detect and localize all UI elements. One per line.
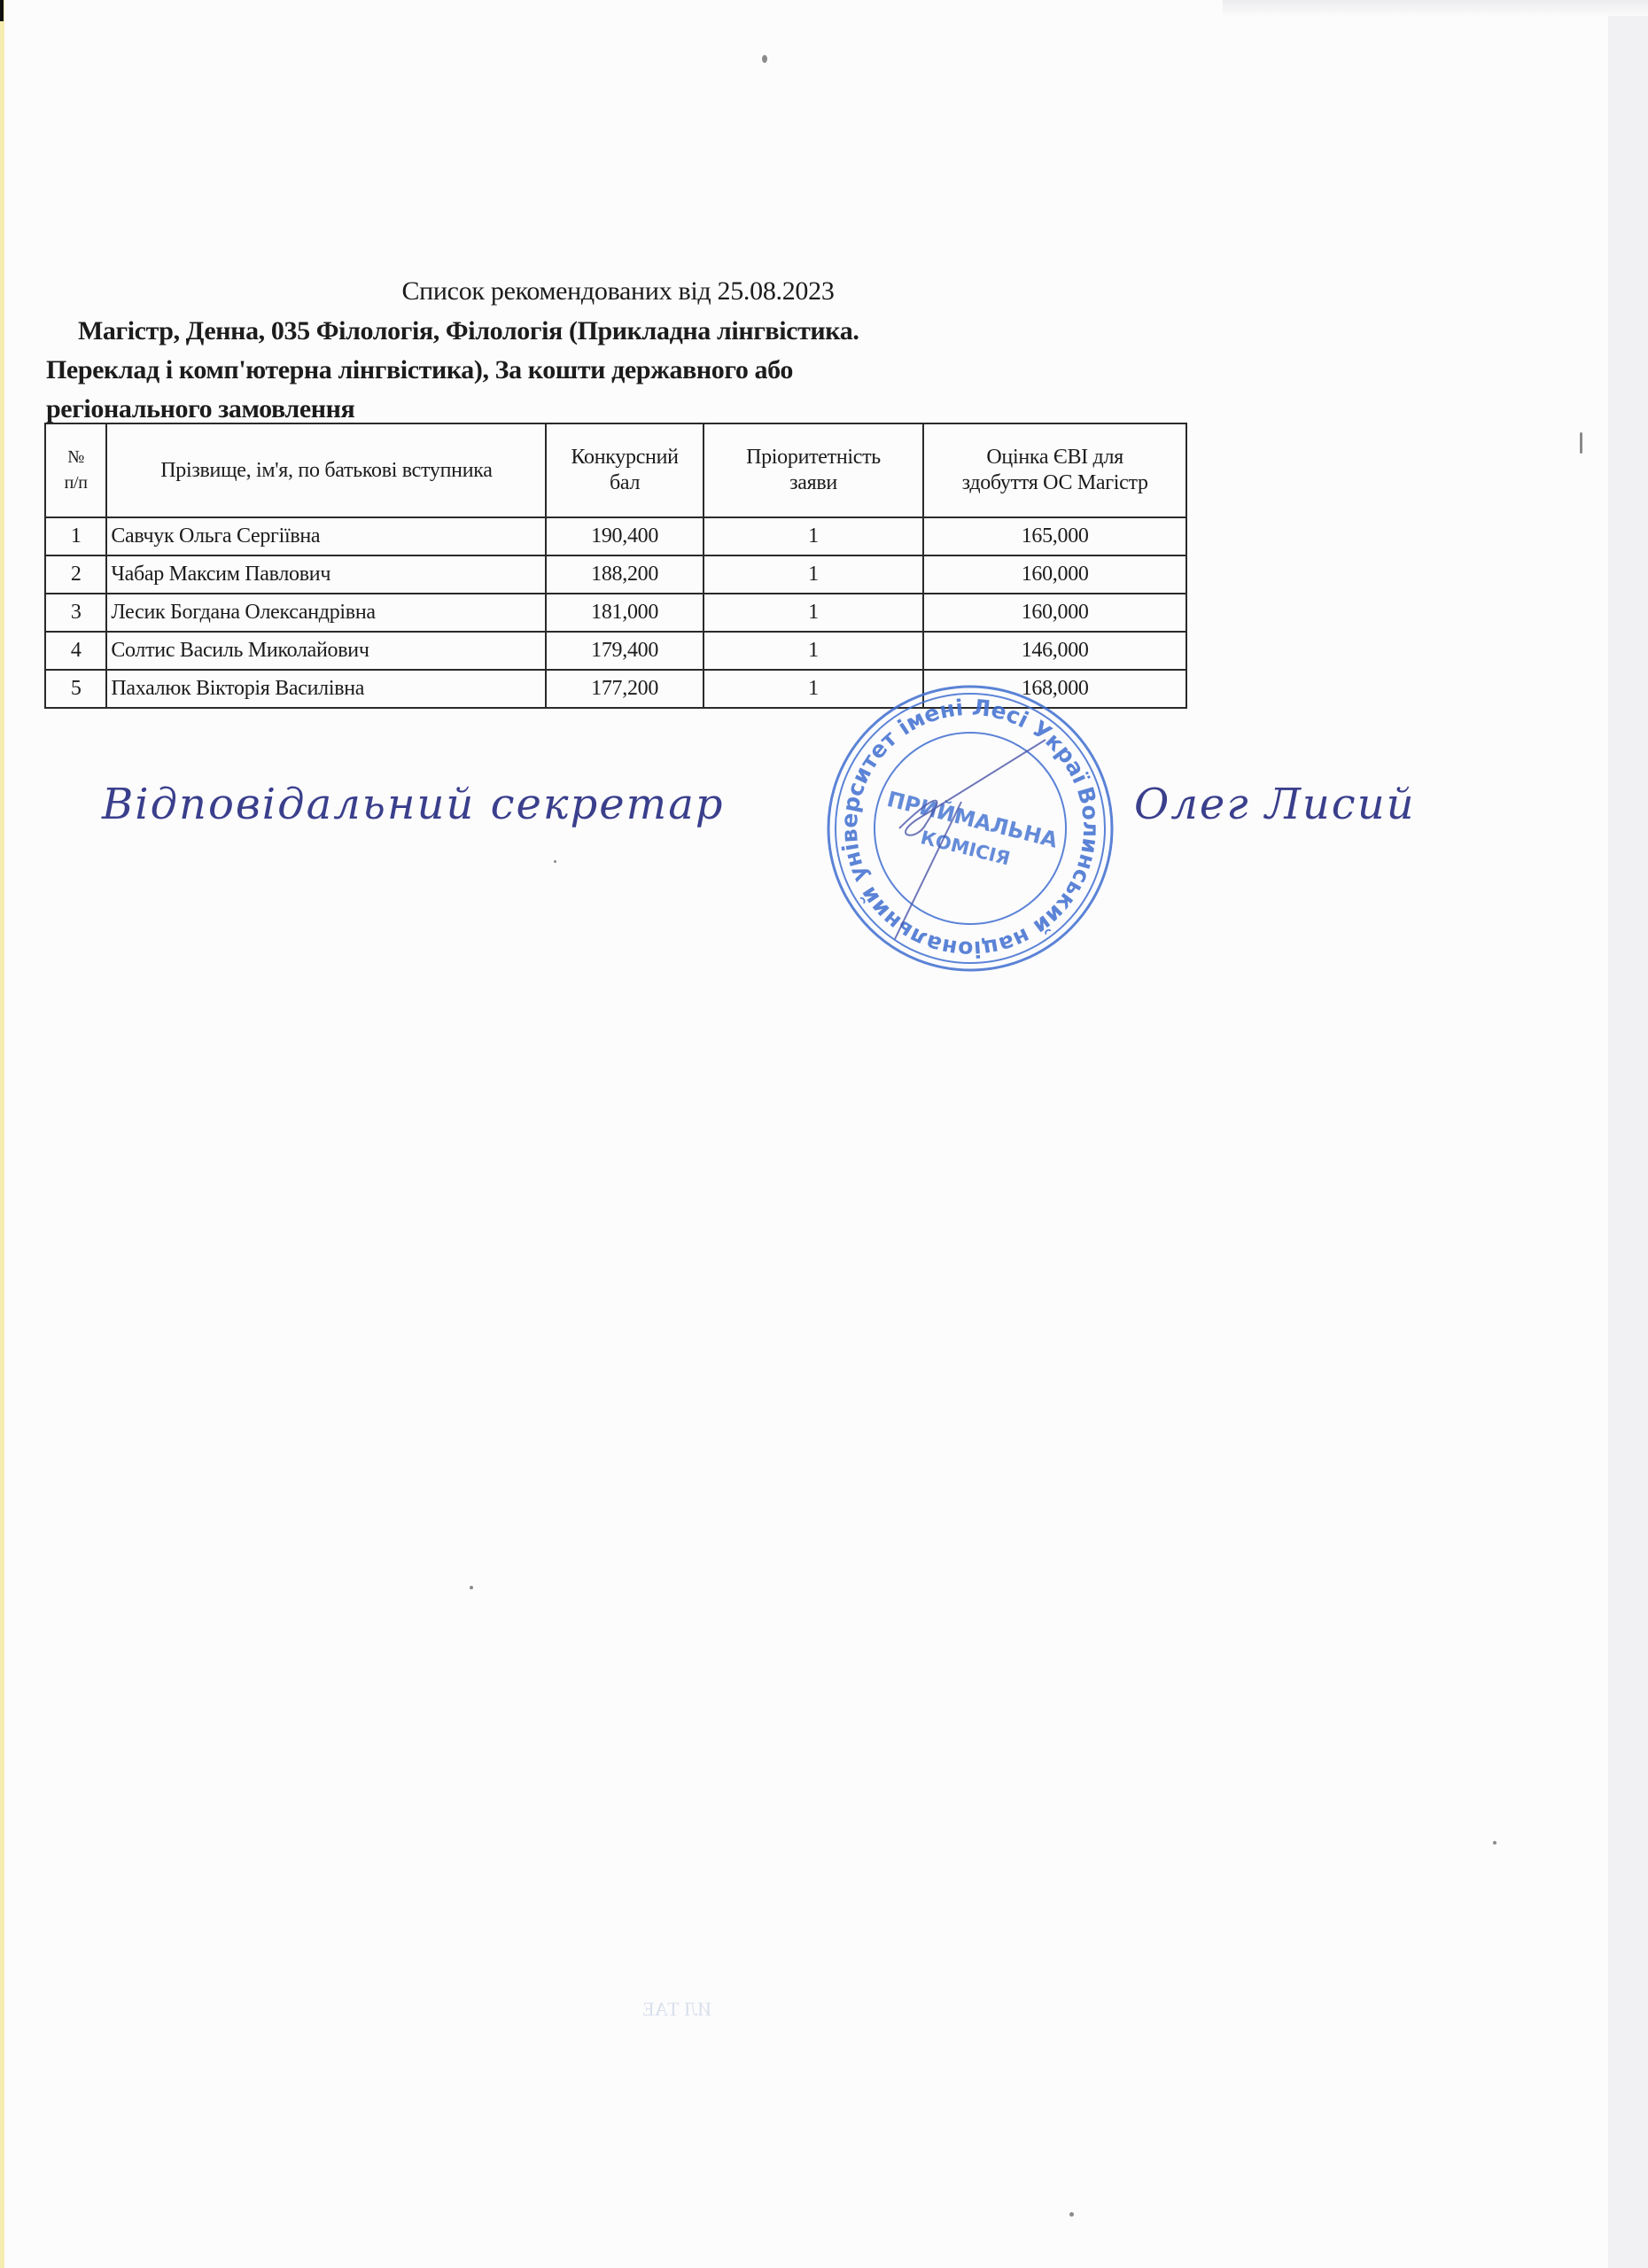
row-evi-score: 146,000 [923,632,1186,670]
table-row: 2Чабар Максим Павлович188,2001160,000 [45,555,1186,594]
admission-committee-stamp: Волинський національний університет імен… [820,678,1121,979]
row-number: 4 [45,632,106,670]
row-number: 2 [45,555,106,594]
table-row: 3Лесик Богдана Олександрівна181,0001160,… [45,594,1186,632]
scan-speck [1580,432,1582,454]
row-competitive-score: 181,000 [546,594,703,632]
document-subtitle: Магістр, Денна, 035 Філологія, Філологія… [46,312,1162,429]
scan-top-shadow [1223,0,1648,16]
header-evi-score: Оцінка ЄВІ для здобуття ОС Магістр [923,423,1186,517]
row-priority: 1 [704,555,924,594]
row-full-name: Лесик Богдана Олександрівна [106,594,546,632]
row-evi-score: 160,000 [923,594,1186,632]
scan-speck [1069,2212,1074,2217]
row-number: 1 [45,517,106,555]
subtitle-line-2: Переклад і комп'ютерна лінгвістика), За … [46,351,1162,390]
row-competitive-score: 188,200 [546,555,703,594]
scan-speck [470,1586,473,1589]
row-number: 3 [45,594,106,632]
row-priority: 1 [704,517,924,555]
header-full-name: Прізвище, ім'я, по батькові вступника [106,423,546,517]
header-competitive-score: Конкурсний бал [546,423,703,517]
scan-left-edge [0,0,4,2268]
recommended-list-table: № п/п Прізвище, ім'я, по батькові вступн… [44,423,1187,709]
bleed-through-mark: ИЛ ТАЕ [642,1998,711,2021]
row-competitive-score: 190,400 [546,517,703,555]
table-header-row: № п/п Прізвище, ім'я, по батькові вступн… [45,423,1186,517]
row-full-name: Солтис Василь Миколайович [106,632,546,670]
scan-speck [1493,1841,1496,1845]
row-number: 5 [45,670,106,708]
row-priority: 1 [704,594,924,632]
row-competitive-score: 177,200 [546,670,703,708]
row-competitive-score: 179,400 [546,632,703,670]
row-full-name: Чабар Максим Павлович [106,555,546,594]
signature-role: Відповідальний секретар [102,780,725,829]
table-row: 4Солтис Василь Миколайович179,4001146,00… [45,632,1186,670]
header-number: № п/п [45,423,106,517]
table-row: 1Савчук Ольга Сергіївна190,4001165,000 [45,517,1186,555]
signature-line: Відповідальний секретар Олег Лисий [102,771,1431,850]
subtitle-line-1: Магістр, Денна, 035 Філологія, Філологія… [78,316,859,346]
row-full-name: Пахалюк Вікторія Василівна [106,670,546,708]
signature-name: Олег Лисий [1134,780,1416,829]
row-full-name: Савчук Ольга Сергіївна [106,517,546,555]
row-priority: 1 [704,632,924,670]
row-evi-score: 160,000 [923,555,1186,594]
row-evi-score: 165,000 [923,517,1186,555]
scan-right-margin [1608,0,1648,2268]
document-title: Список рекомендованих від 25.08.2023 [0,276,1236,307]
scan-speck [762,55,767,63]
scan-corner-mark [0,0,4,21]
scan-speck [554,860,556,863]
header-application-priority: Пріоритетність заяви [704,423,924,517]
